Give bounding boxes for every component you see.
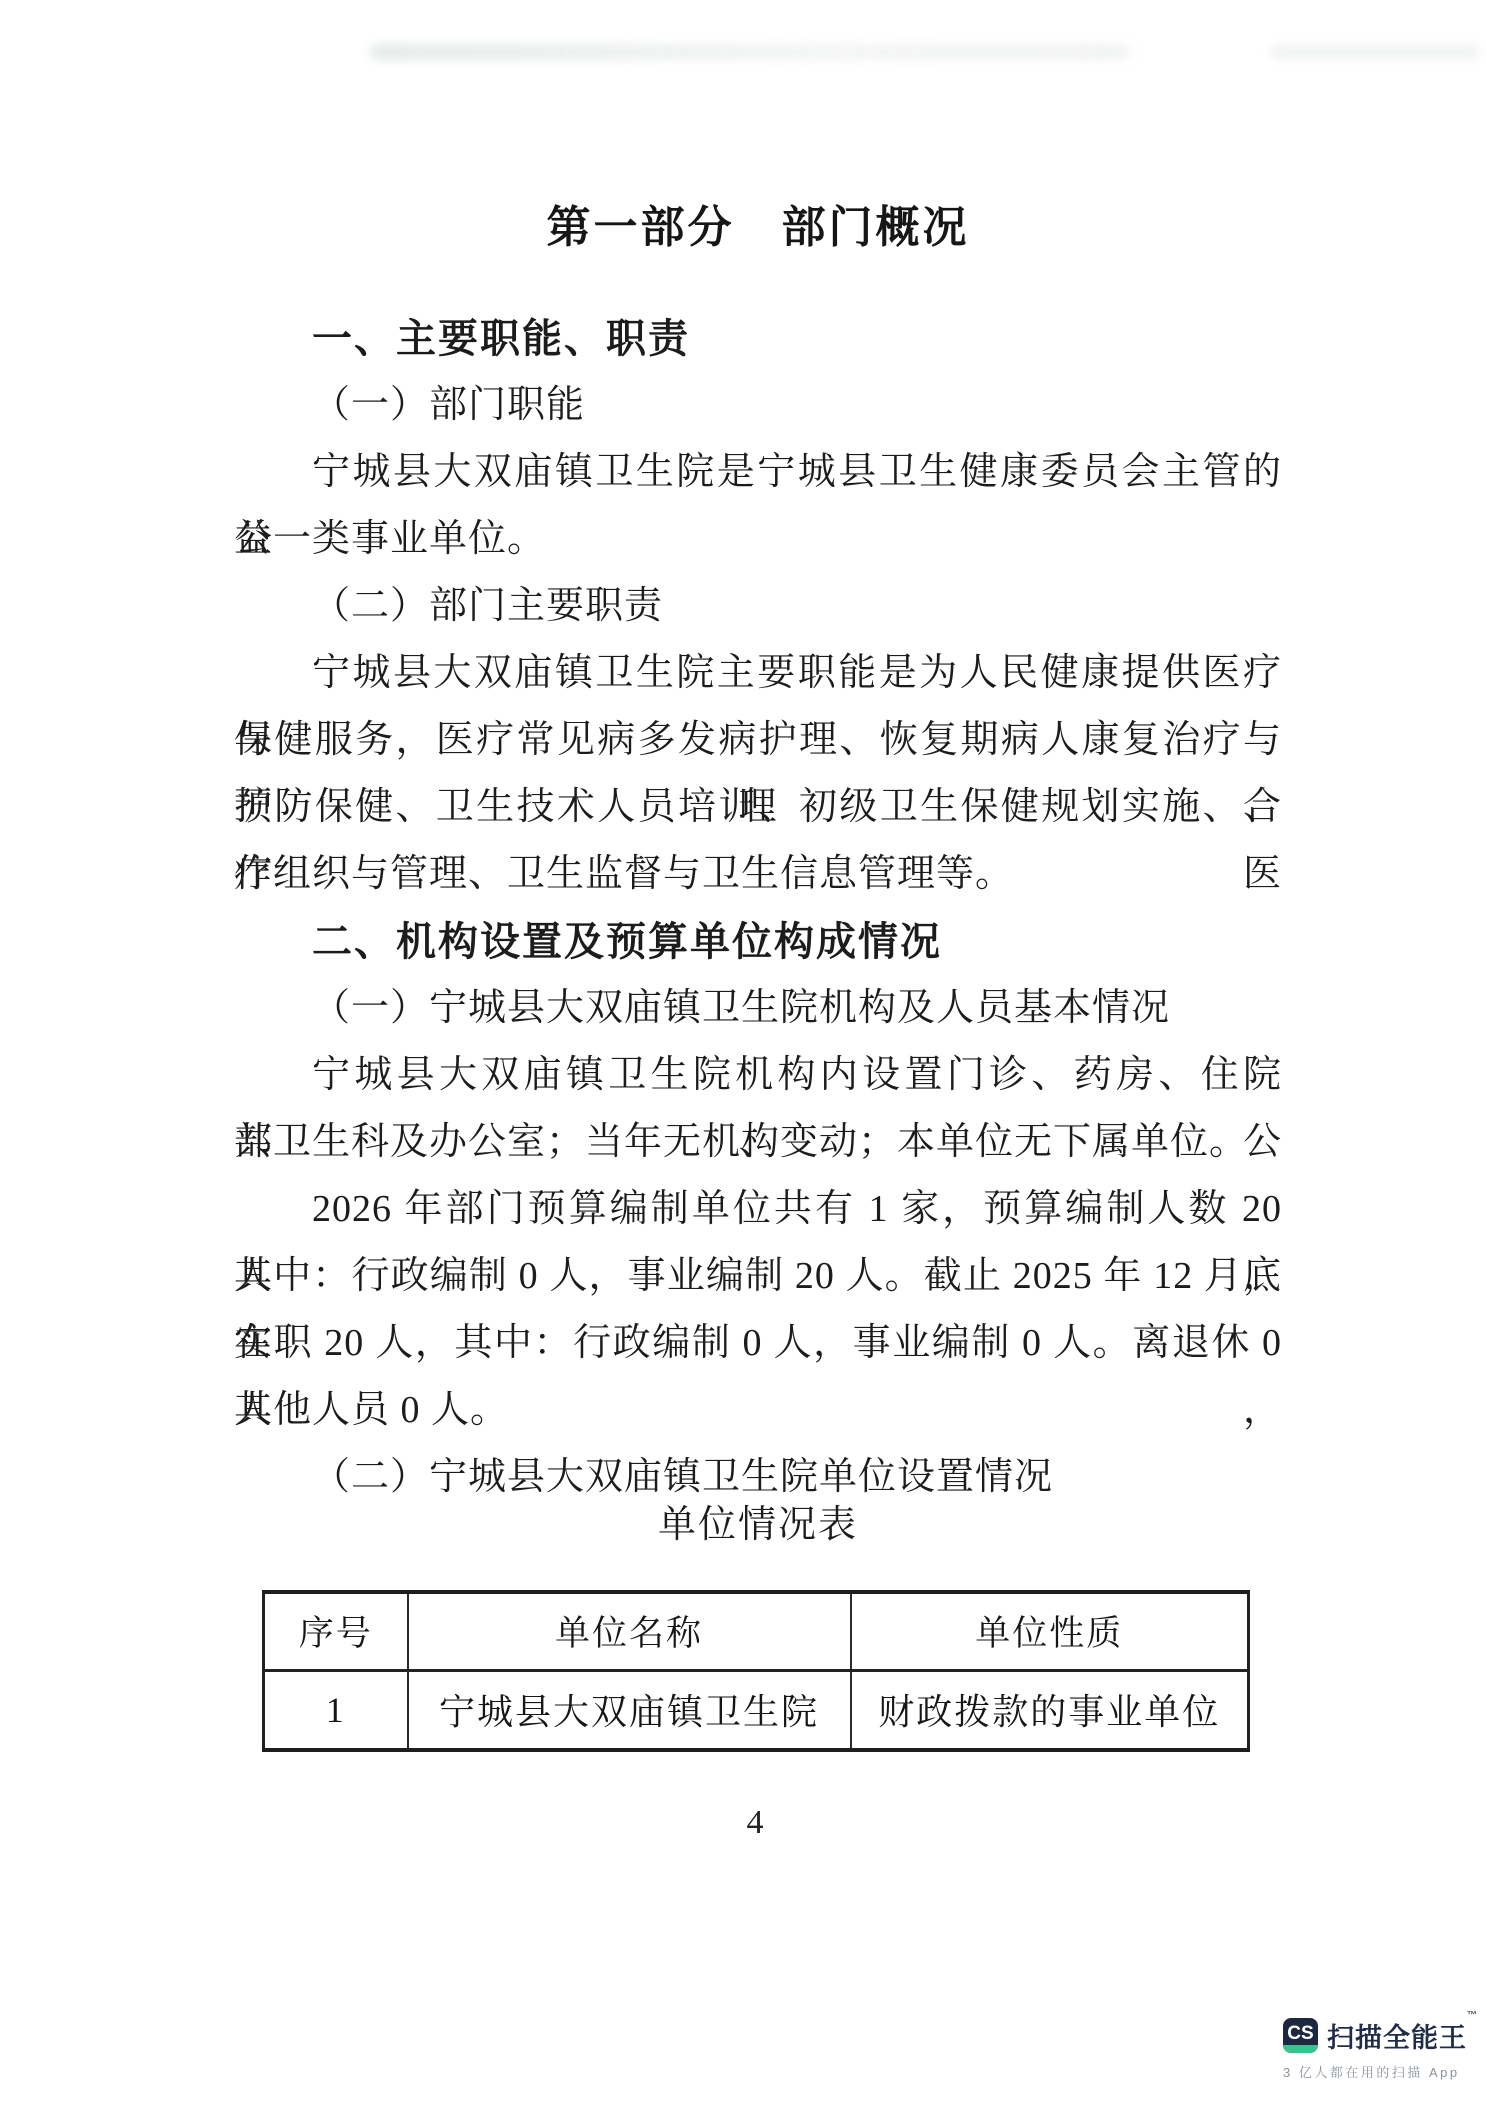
table-header-cell: 序号 (264, 1592, 408, 1670)
body-line: 宁城县大双庙镇卫生院主要职能是为人民健康提供医疗与 (234, 640, 1282, 707)
table-header-cell: 单位性质 (851, 1592, 1249, 1670)
subheading-line: （一）宁城县大双庙镇卫生院机构及人员基本情况 (234, 975, 1282, 1042)
table-cell-unit-name: 宁城县大双庙镇卫生院 (408, 1670, 851, 1750)
table-title: 单位情况表 (234, 1494, 1282, 1556)
watermark-brand-row: CS 扫描全能王™ (1283, 2016, 1459, 2055)
camscanner-watermark: CS 扫描全能王™ 3 亿人都在用的扫描 App (1283, 2016, 1459, 2081)
brand-text: 扫描全能王 (1327, 2023, 1467, 2053)
heading-line: 一、主要职能、职责 (234, 305, 1282, 372)
body-line: 2026 年部门预算编制单位共有 1 家，预算编制人数 20 人， (234, 1176, 1282, 1243)
scan-smudge-artifact (370, 44, 1130, 60)
body-line: 在职 20 人，其中：行政编制 0 人，事业编制 0 人。离退休 0 人， (234, 1310, 1282, 1377)
table-header-row: 序号 单位名称 单位性质 (264, 1592, 1249, 1670)
body-line: 共卫生科及办公室；当年无机构变动；本单位无下属单位。 (234, 1109, 1282, 1176)
table-cell-seq: 1 (264, 1670, 408, 1750)
body-line: 宁城县大双庙镇卫生院是宁城县卫生健康委员会主管的公 (234, 439, 1282, 506)
scan-smudge-artifact (1270, 46, 1480, 58)
camscanner-logo-icon: CS (1283, 2018, 1318, 2053)
body-line: 预防保健、卫生技术人员培训、初级卫生保健规划实施、合作医 (234, 774, 1282, 841)
page-title: 第一部分 部门概况 (234, 194, 1282, 261)
table-row: 1 宁城县大双庙镇卫生院 财政拨款的事业单位 (264, 1670, 1249, 1750)
subheading-line: （一）部门职能 (234, 372, 1282, 439)
body-line: 其中：行政编制 0 人，事业编制 20 人。截止 2025 年 12 月底实 (234, 1243, 1282, 1310)
units-table: 序号 单位名称 单位性质 1 宁城县大双庙镇卫生院 财政拨款的事业单位 (262, 1590, 1250, 1752)
body-line: 益一类事业单位。 (234, 506, 1282, 573)
brand-tagline: 3 亿人都在用的扫描 App (1283, 2062, 1459, 2081)
scanned-document-page: 第一部分 部门概况 一、主要职能、职责 （一）部门职能 宁城县大双庙镇卫生院是宁… (0, 0, 1487, 2105)
trademark-symbol: ™ (1467, 2010, 1478, 2021)
brand-name: 扫描全能王™ (1327, 2016, 1478, 2055)
table-cell-unit-type: 财政拨款的事业单位 (851, 1670, 1249, 1750)
document-body: 一、主要职能、职责 （一）部门职能 宁城县大双庙镇卫生院是宁城县卫生健康委员会主… (234, 305, 1282, 1511)
subheading-line: （二）部门主要职责 (234, 573, 1282, 640)
logo-letters: CS (1287, 2023, 1313, 2045)
body-line: 保健服务，医疗常见病多发病护理、恢复期病人康复治疗与护理、 (234, 707, 1282, 774)
heading-line: 二、机构设置及预算单位构成情况 (234, 908, 1282, 975)
table-header-cell: 单位名称 (408, 1592, 851, 1670)
page-number: 4 (0, 1798, 1487, 1848)
logo-green-bar (1283, 2045, 1318, 2053)
body-line: 宁城县大双庙镇卫生院机构内设置门诊、药房、住院部、公 (234, 1042, 1282, 1109)
